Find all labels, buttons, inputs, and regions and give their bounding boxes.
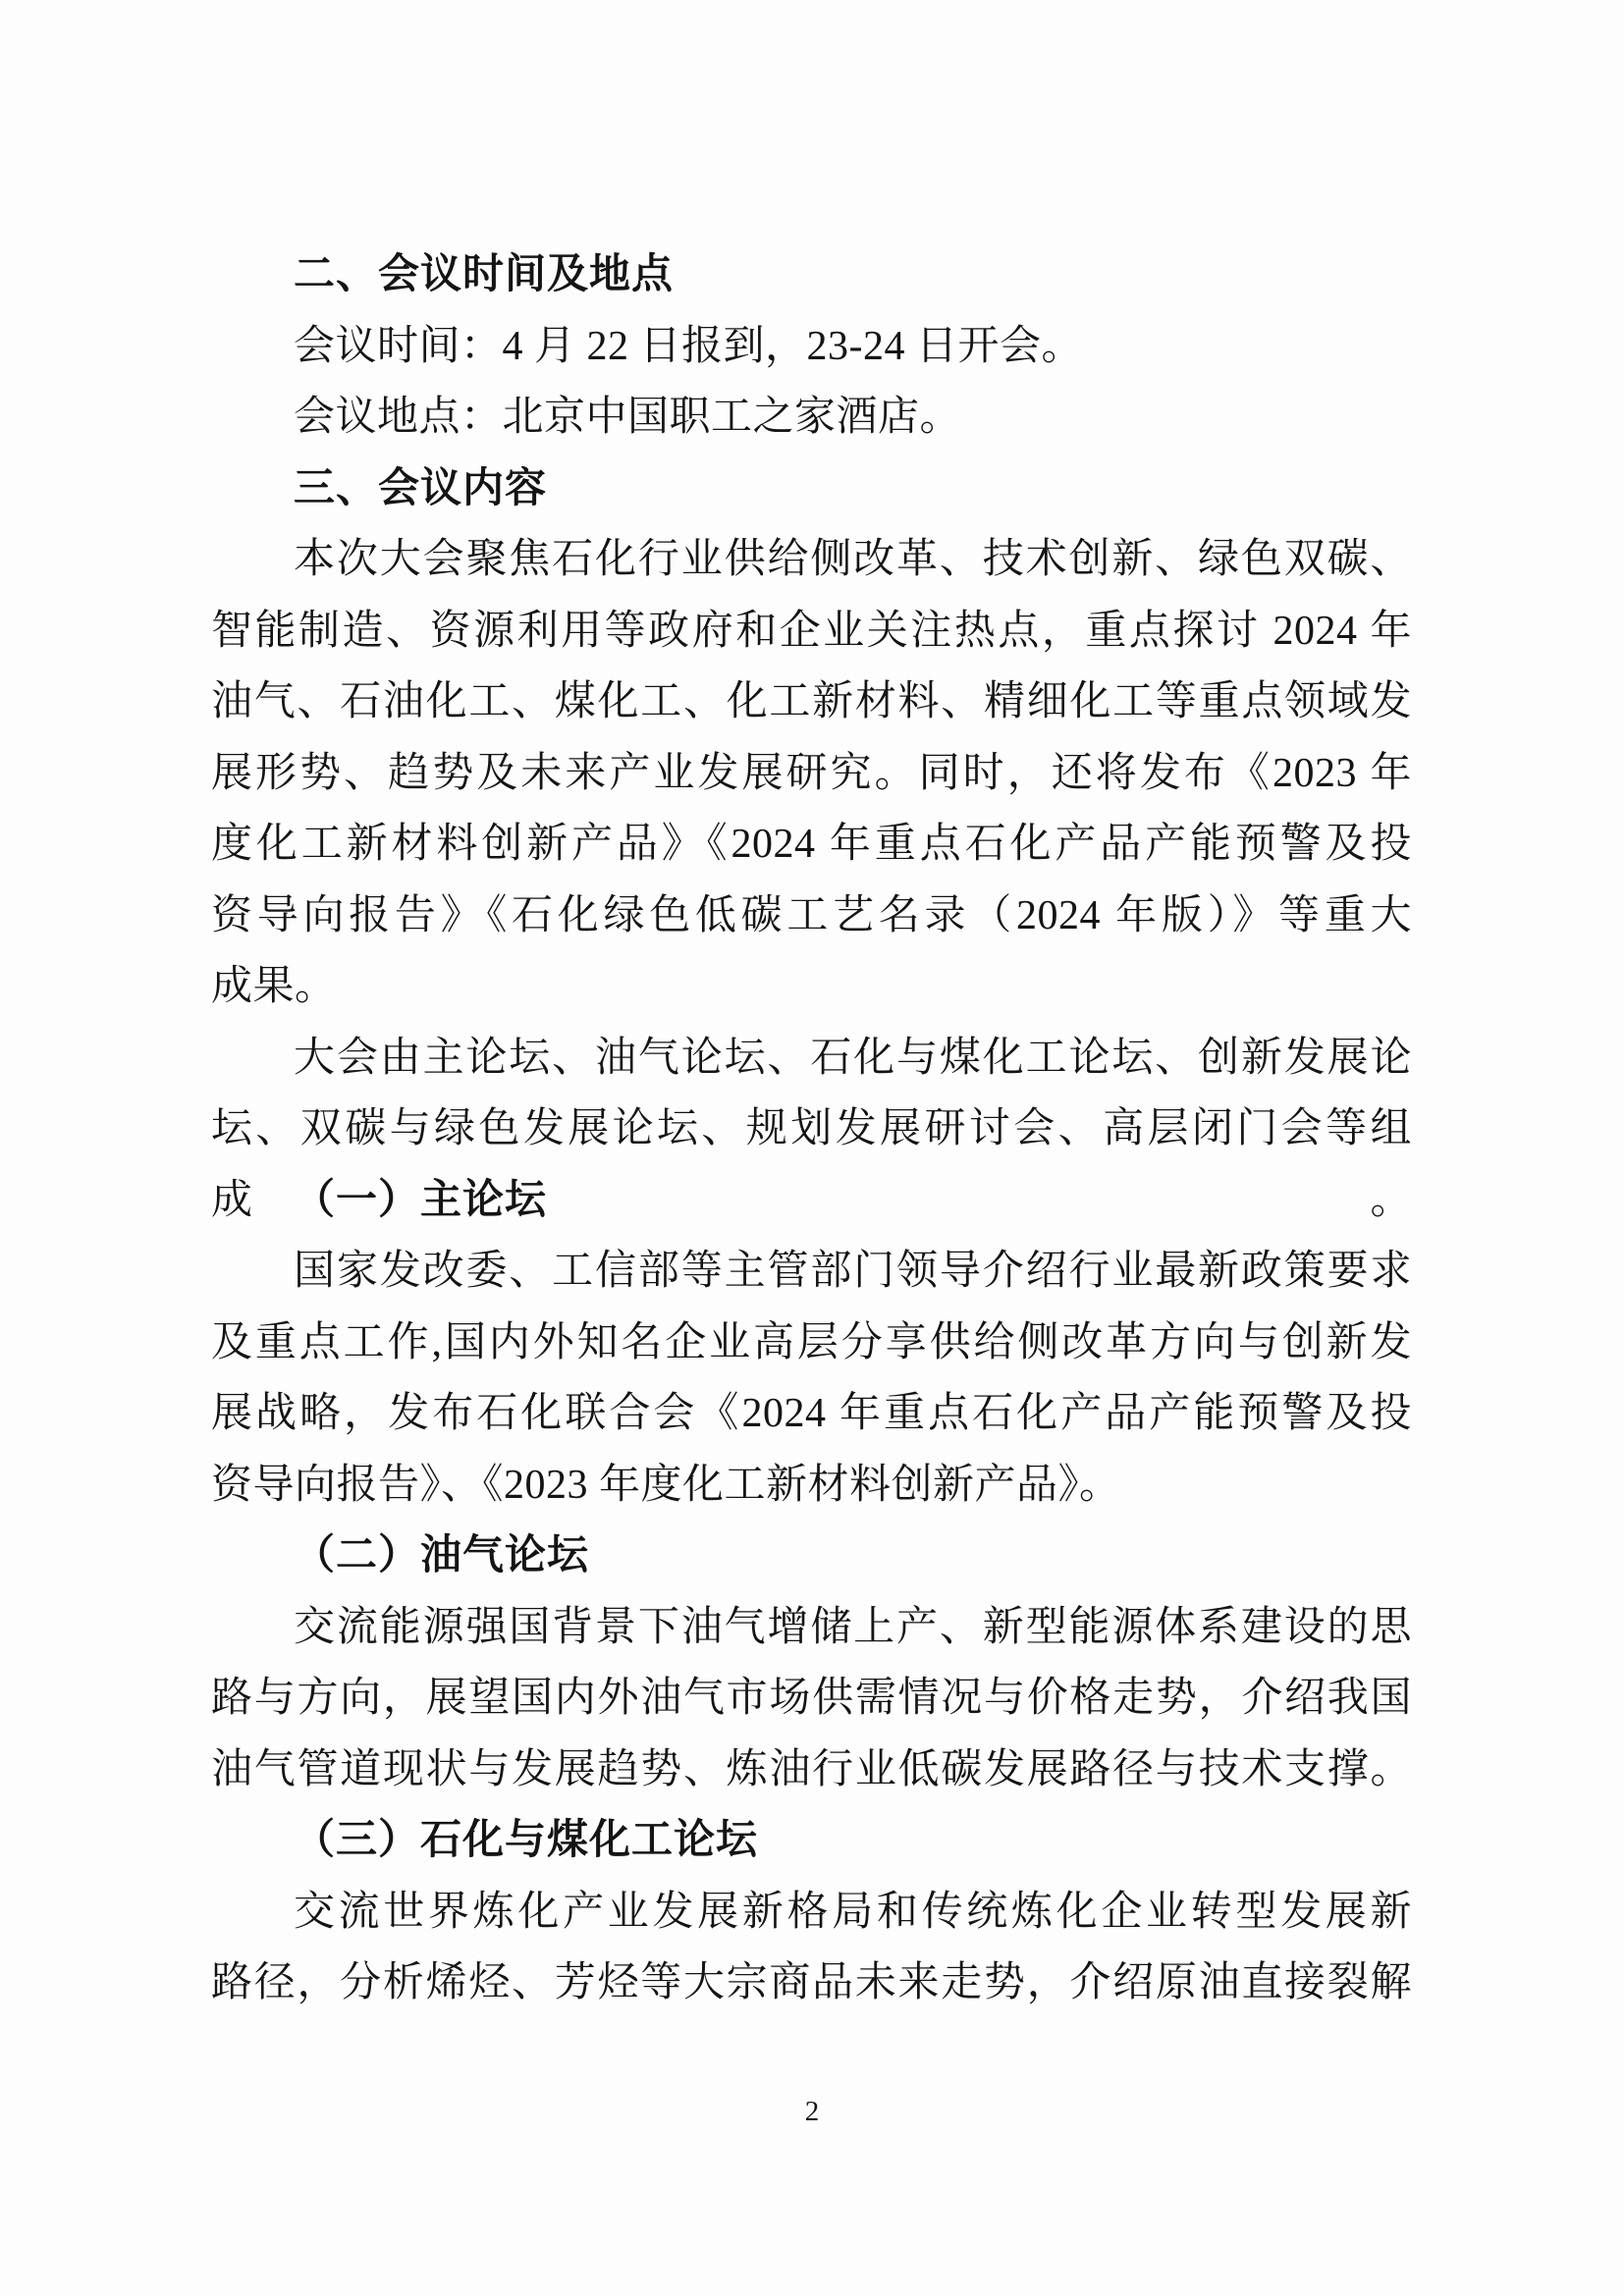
text-line: 坛、双碳与绿色发展论坛、规划发展研讨会、高层闭门会等组成。	[211, 1094, 1412, 1165]
document-lines: 二、会议时间及地点会议时间：4 月 22 日报到，23-24 日开会。会议地点：…	[211, 240, 1412, 2019]
text-line: 油气管道现状与发展趋势、炼油行业低碳发展路径与技术支撑。	[211, 1735, 1412, 1806]
text-line: 展形势、趋势及未来产业发展研究。同时，还将发布《2023 年	[211, 738, 1412, 810]
text-line: 度化工新材料创新产品》《2024 年重点石化产品产能预警及投	[211, 809, 1412, 881]
document-page: 二、会议时间及地点会议时间：4 月 22 日报到，23-24 日开会。会议地点：…	[0, 0, 1624, 2296]
text-line: 成果。	[211, 951, 1412, 1023]
text-line: 资导向报告》、《2023 年度化工新材料创新产品》。	[211, 1450, 1412, 1522]
text-line: 大会由主论坛、油气论坛、石化与煤化工论坛、创新发展论	[211, 1023, 1412, 1095]
page-number: 2	[0, 2094, 1624, 2129]
text-line: 交流世界炼化产业发展新格局和传统炼化企业转型发展新	[211, 1877, 1412, 1949]
meeting-place-line: 会议地点：北京中国职工之家酒店。	[211, 382, 1412, 454]
text-line: 本次大会聚焦石化行业供给侧改革、技术创新、绿色双碳、	[211, 524, 1412, 596]
text-line: 及重点工作,国内外知名企业高层分享供给侧改革方向与创新发	[211, 1308, 1412, 1379]
subsection-heading-oil-gas-forum: （二）油气论坛	[211, 1521, 1412, 1592]
text-line: 展战略，发布石化联合会《2024 年重点石化产品产能预警及投	[211, 1378, 1412, 1450]
text-line: 路与方向，展望国内外油气市场供需情况与价格走势，介绍我国	[211, 1663, 1412, 1735]
text-line: 国家发改委、工信部等主管部门领导介绍行业最新政策要求	[211, 1236, 1412, 1308]
text-line: 智能制造、资源利用等政府和企业关注热点，重点探讨 2024 年	[211, 596, 1412, 667]
text-line: 资导向报告》《石化绿色低碳工艺名录（2024 年版）》等重大	[211, 881, 1412, 952]
section-heading-meeting-content: 三、会议内容	[211, 454, 1412, 525]
section-heading-meeting-time-place: 二、会议时间及地点	[211, 240, 1412, 311]
text-line: 油气、石油化工、煤化工、化工新材料、精细化工等重点领域发	[211, 667, 1412, 738]
subsection-heading-petrochemical-coal-forum: （三）石化与煤化工论坛	[211, 1805, 1412, 1877]
text-line: 路径，分析烯烃、芳烃等大宗商品未来走势，介绍原油直接裂解	[211, 1948, 1412, 2019]
meeting-time-line: 会议时间：4 月 22 日报到，23-24 日开会。	[211, 311, 1412, 383]
text-line: 交流能源强国背景下油气增储上产、新型能源体系建设的思	[211, 1592, 1412, 1664]
